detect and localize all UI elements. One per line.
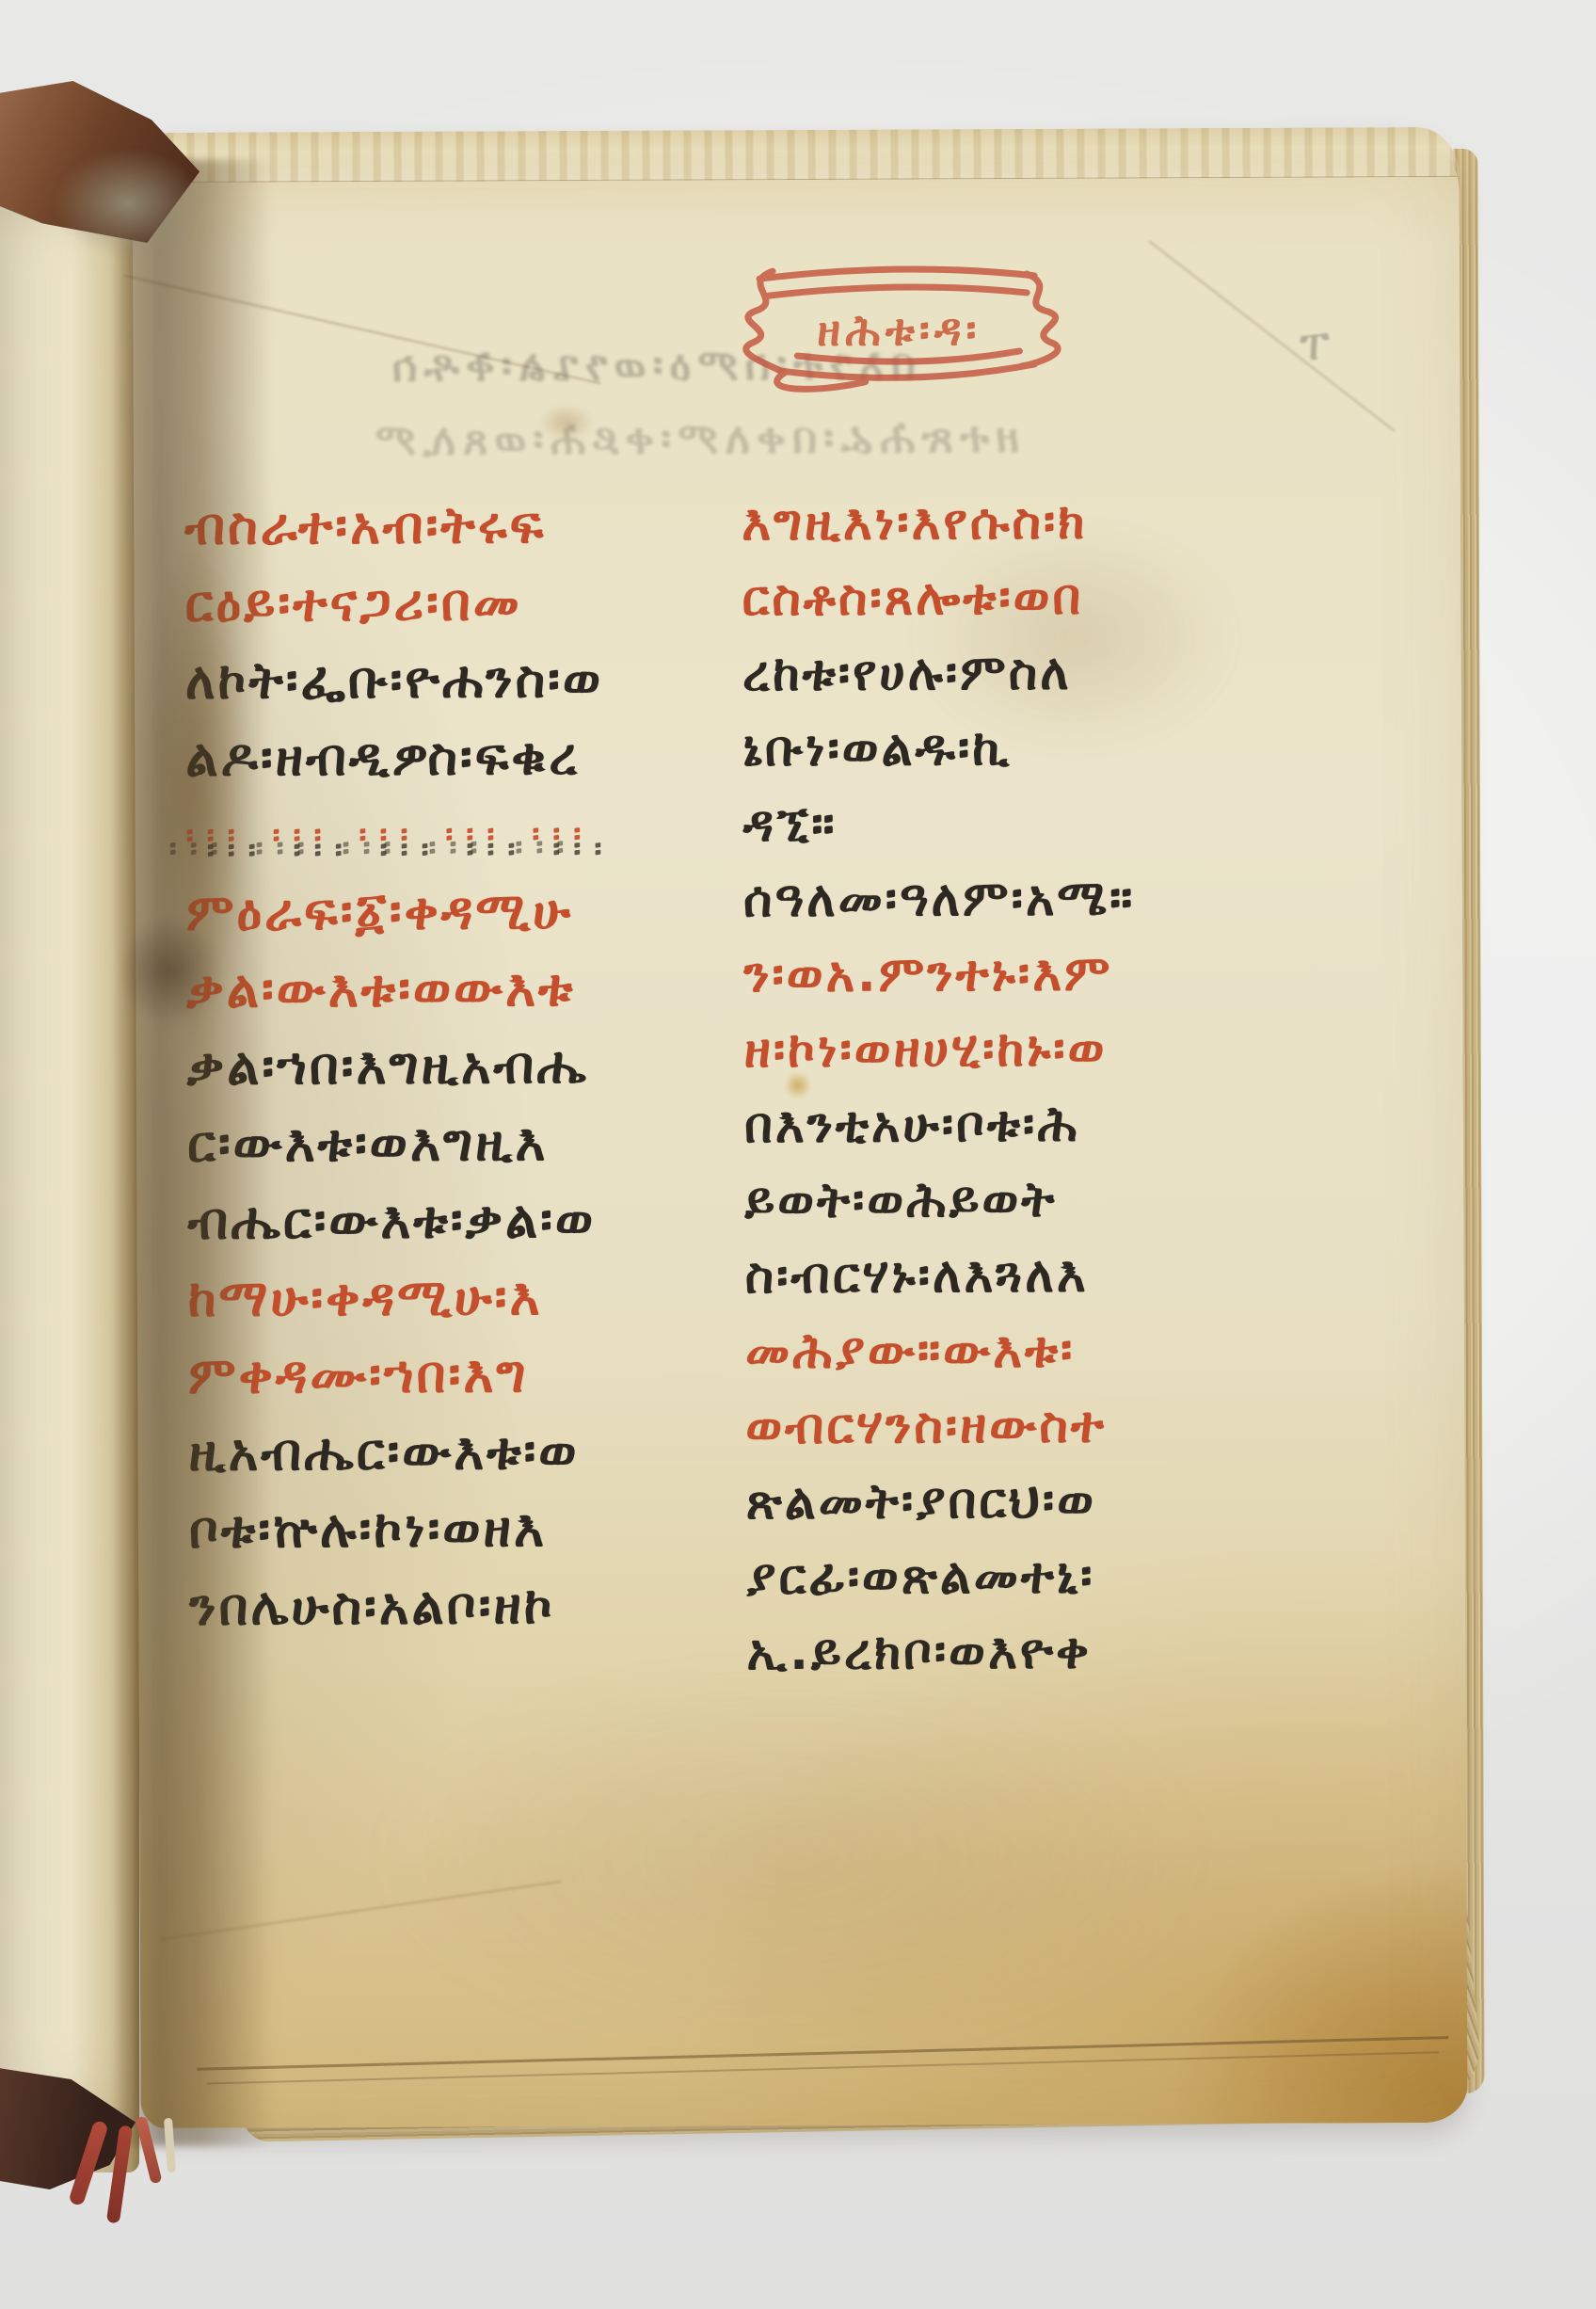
text-line: ርዕይ፡ተናጋሪ፡በመ: [184, 564, 603, 643]
text-line: ንበሌሁስ፡አልቦ፡ዘኮ: [189, 1567, 608, 1646]
text-line: ቃል፡ውእቱ፡ወውእቱ: [186, 950, 605, 1029]
text-line: ልዶ፡ዘብዲዎስ፡ፍቁረ: [185, 718, 604, 797]
text-line: ን፡ወአ.ምንተኑ፡እም: [743, 936, 1136, 1013]
text-line: ዘ፡ኮነ፡ወዘሀሂ፡ከኑ፡ወ: [743, 1011, 1136, 1088]
text-line: ለኮት፡ፌቡ፡ዮሐንስ፡ወ: [185, 641, 604, 720]
text-line: በእንቲአሁ፡ቦቱ፡ሕ: [744, 1086, 1137, 1163]
text-line: ብሔር፡ውእቱ፡ቃል፡ወ: [187, 1181, 606, 1260]
bottom-fold-line: [197, 2036, 1448, 2071]
text-column-right: እግዚእነ፡እየሱስ፡ክ ርስቶስ፡ጸሎቱ፡ወበ ረከቱ፡የሀሉ፡ምስለ ኔቡነ…: [742, 484, 1139, 1691]
text-line: ቃል፡ኀበ፡እግዚአብሔ: [187, 1027, 606, 1106]
text-line: ዳኚ።: [742, 785, 1135, 862]
text-line: ጽልመት፡ያበርህ፡ወ: [746, 1463, 1139, 1540]
text-line: ቦቱ፡ኵሉ፡ኮነ፡ወዘእ: [189, 1490, 608, 1569]
vellum-crease: [1148, 240, 1396, 432]
show-through-text: ዘተጽሕፈ፡በቀለም፡ቀይሕ፡ወጸሊም: [369, 411, 1020, 467]
text-line: ያርፊ፡ወጽልመተኒ፡: [746, 1538, 1139, 1615]
text-line: ረከቱ፡የሀሉ፡ምስለ: [742, 634, 1135, 712]
text-line: ኔቡነ፡ወልዱ፡ኪ: [742, 710, 1135, 787]
stain: [364, 1653, 1213, 2061]
title-cartouche: ዘሕቱ፡ዳ፡: [724, 249, 1075, 408]
vellum-wrinkle: [161, 1880, 562, 1941]
text-line: ኢ.ይረክቦ፡ወእዮቀ: [746, 1613, 1139, 1691]
text-line: ወብርሃንስ፡ዘውስተ: [745, 1387, 1138, 1465]
binding-sewing-threads: [53, 149, 203, 258]
text-line: ይወት፡ወሕይወት: [744, 1162, 1137, 1239]
text-line: ዚአብሔር፡ውእቱ፡ወ: [188, 1413, 607, 1492]
facing-page-block-edge: [0, 171, 139, 2173]
page-top-torn-edge: [132, 127, 1459, 183]
text-line: ምዕራፍ፡፩፡ቀዳሚሁ: [186, 873, 605, 952]
cartouche-title-text: ዘሕቱ፡ዳ፡: [724, 304, 1074, 359]
text-line: መሕያው።ውእቱ፡: [745, 1312, 1138, 1389]
text-line: ሰዓለመ፡ዓለም፡አሜ።: [743, 860, 1136, 938]
photo-backdrop: በእንተ፡ስምዕ፡ወንጌል፡ቅዱስ ዘተጽሕፈ፡በቀለም፡ቀይሕ፡ወጸሊም ፐ …: [0, 0, 1596, 2309]
text-line: ስ፡ብርሃኑ፡ለእጓለእ: [745, 1237, 1138, 1314]
bottom-fold-line: [207, 2051, 1440, 2084]
text-line: እግዚእነ፡እየሱስ፡ክ: [742, 484, 1134, 561]
text-line: ከማሁ፡ቀዳሚሁ፡እ: [188, 1259, 607, 1338]
text-line: ርስቶስ፡ጸሎቱ፡ወበ: [742, 559, 1134, 636]
ornamental-divider-row: ፡፡፡ ፡፡፡ ፡፡፡ ፡፡፡ ፡፡፡: [185, 795, 604, 874]
text-line: ብስራተ፡አብ፡ትሩፍ: [184, 487, 603, 566]
manuscript-page: በእንተ፡ስምዕ፡ወንጌል፡ቅዱስ ዘተጽሕፈ፡በቀለም፡ቀይሕ፡ወጸሊም ፐ …: [132, 127, 1467, 2128]
folio-number-ghost: ፐ: [1300, 322, 1329, 370]
text-line: ምቀዳሙ፡ኀበ፡እግ: [188, 1336, 607, 1415]
text-column-left: ብስራተ፡አብ፡ትሩፍ ርዕይ፡ተናጋሪ፡በመ ለኮት፡ፌቡ፡ዮሐንስ፡ወ ልዶ…: [184, 487, 608, 1646]
text-line: ር፡ውእቱ፡ወእግዚእ: [187, 1104, 606, 1183]
